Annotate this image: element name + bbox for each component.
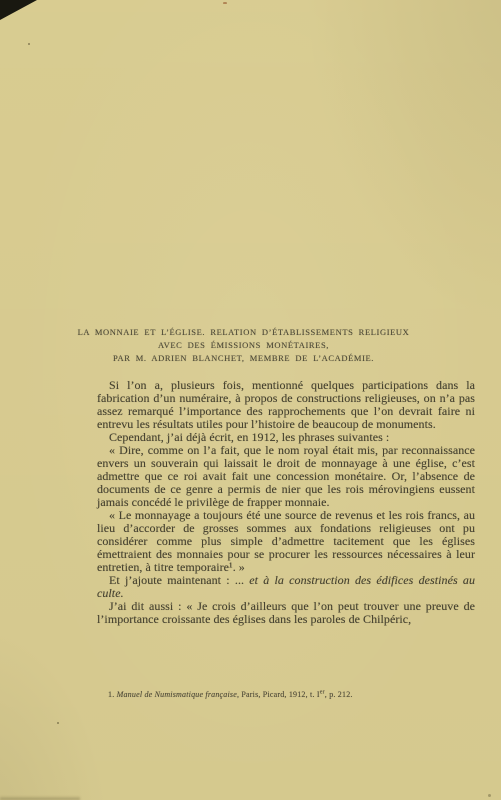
paper-speck — [28, 43, 30, 45]
paper-speck — [57, 722, 59, 724]
paper-speck — [488, 794, 491, 797]
paper-speck — [223, 2, 227, 4]
heading-subtitle-line: AVEC DES ÉMISSIONS MONÉTAIRES, — [0, 339, 487, 352]
footnote-work-title: Manuel de Numismatique française — [117, 690, 237, 699]
footnote-detail-end: , p. 212. — [325, 690, 353, 699]
article-body: Si l’on a, plusieurs fois, mentionné que… — [97, 379, 475, 626]
footnote-number: 1. — [108, 690, 117, 699]
article-heading: LA MONNAIE ET L’ÉGLISE. RELATION D’ÉTABL… — [0, 326, 487, 365]
footnote: 1. Manuel de Numismatique française, Par… — [108, 690, 448, 700]
heading-author-line: PAR M. ADRIEN BLANCHET, MEMBRE DE L’ACAD… — [0, 352, 487, 365]
footnote-detail: , Paris, Picard, 1912, t. I — [237, 690, 320, 699]
scan-corner-artifact — [0, 0, 37, 20]
paragraph-quote-dire: « Dire, comme on l’a fait, que le nom ro… — [97, 444, 475, 509]
paragraph-intro: Si l’on a, plusieurs fois, mentionné que… — [97, 379, 475, 431]
paragraph-ajout: Et j’ajoute maintenant : ... et à la con… — [97, 574, 475, 600]
paragraph-ajout-lead: Et j’ajoute maintenant : ... — [109, 573, 249, 587]
scan-edge-smudge — [0, 796, 80, 800]
paragraph-quote-monnayage: « Le monnayage a toujours été une source… — [97, 509, 475, 574]
heading-title-line: LA MONNAIE ET L’ÉGLISE. RELATION D’ÉTABL… — [0, 326, 487, 339]
scanned-document-page: LA MONNAIE ET L’ÉGLISE. RELATION D’ÉTABL… — [0, 0, 501, 800]
paragraph-jai-dit-aussi: J’ai dit aussi : « Je crois d’ailleurs q… — [97, 600, 475, 626]
